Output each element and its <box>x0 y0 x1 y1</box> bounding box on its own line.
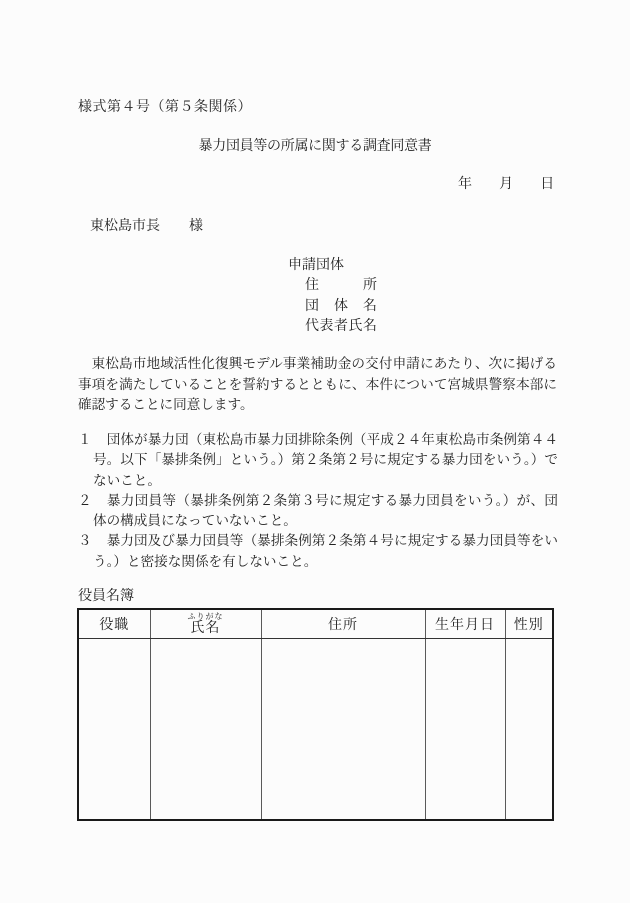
roster-header-row: 役職 ふりがな 氏名 住所 生年月日 性別 <box>78 609 553 638</box>
pledge-item-2-number: ２ <box>78 493 92 508</box>
addressee-name: 東松島市長 <box>90 219 160 234</box>
addressee-line: 東松島市長様 <box>90 215 203 235</box>
applicant-block: 申請団体 住所 団体名 代表者氏名 <box>288 256 377 337</box>
addressee-honorific: 様 <box>189 219 203 234</box>
pledge-item-1: １団体が暴力団（東松島市暴力団排除条例（平成２４年東松島市条例第４４号。以下「暴… <box>78 430 558 491</box>
roster-empty-cell-address <box>261 638 425 820</box>
document-page: 様式第４号（第５条関係） 暴力団員等の所属に関する調査同意書 年 月 日 東松島… <box>0 0 630 903</box>
pledge-item-3-number: ３ <box>78 533 92 548</box>
applicant-heading: 申請団体 <box>288 256 377 276</box>
roster-empty-cell-gender <box>505 638 553 820</box>
roster-col-gender: 性別 <box>505 609 553 638</box>
applicant-address-label: 住所 <box>305 276 377 296</box>
roster-col-address: 住所 <box>261 609 425 638</box>
officer-roster-table: 役職 ふりがな 氏名 住所 生年月日 性別 <box>77 608 554 821</box>
pledge-list: １団体が暴力団（東松島市暴力団排除条例（平成２４年東松島市条例第４４号。以下「暴… <box>78 430 558 572</box>
pledge-item-2: ２暴力団員等（暴排条例第２条第３号に規定する暴力団員をいう。）が、団体の構成員に… <box>78 491 558 532</box>
consent-paragraph: 東松島市地域活性化復興モデル事業補助金の交付申請にあたり、次に掲げる事項を満たし… <box>78 354 557 416</box>
pledge-item-3-text: 暴力団及び暴力団員等（暴排条例第２条第４号に規定する暴力団員等をいう。）と密接な… <box>93 533 558 568</box>
roster-col-name-furigana: ふりがな <box>151 612 261 621</box>
roster-empty-cell-name <box>150 638 261 820</box>
applicant-address-field: 住所 <box>288 276 377 296</box>
pledge-item-1-number: １ <box>78 432 92 447</box>
form-number: 様式第４号（第５条関係） <box>78 96 252 116</box>
document-title: 暴力団員等の所属に関する調査同意書 <box>0 135 630 155</box>
roster-empty-cell-position <box>78 638 150 820</box>
date-line: 年 月 日 <box>458 173 554 193</box>
applicant-representative-field: 代表者氏名 <box>288 317 377 337</box>
roster-col-name: ふりがな 氏名 <box>150 609 261 638</box>
roster-col-birthdate: 生年月日 <box>425 609 505 638</box>
pledge-item-3: ３暴力団及び暴力団員等（暴排条例第２条第４号に規定する暴力団員等をいう。）と密接… <box>78 531 558 572</box>
roster-title: 役員名簿 <box>78 585 134 605</box>
applicant-org-name-label: 団体名 <box>305 297 377 317</box>
applicant-representative-label: 代表者氏名 <box>305 317 377 337</box>
applicant-org-name-field: 団体名 <box>288 297 377 317</box>
pledge-item-1-text: 団体が暴力団（東松島市暴力団排除条例（平成２４年東松島市条例第４４号。以下「暴排… <box>93 432 558 488</box>
pledge-item-2-text: 暴力団員等（暴排条例第２条第３号に規定する暴力団員をいう。）が、団体の構成員にな… <box>93 493 558 528</box>
roster-empty-cell-birthdate <box>425 638 505 820</box>
roster-col-name-label: 氏名 <box>151 621 261 636</box>
roster-col-position: 役職 <box>78 609 150 638</box>
roster-empty-row <box>78 638 553 820</box>
